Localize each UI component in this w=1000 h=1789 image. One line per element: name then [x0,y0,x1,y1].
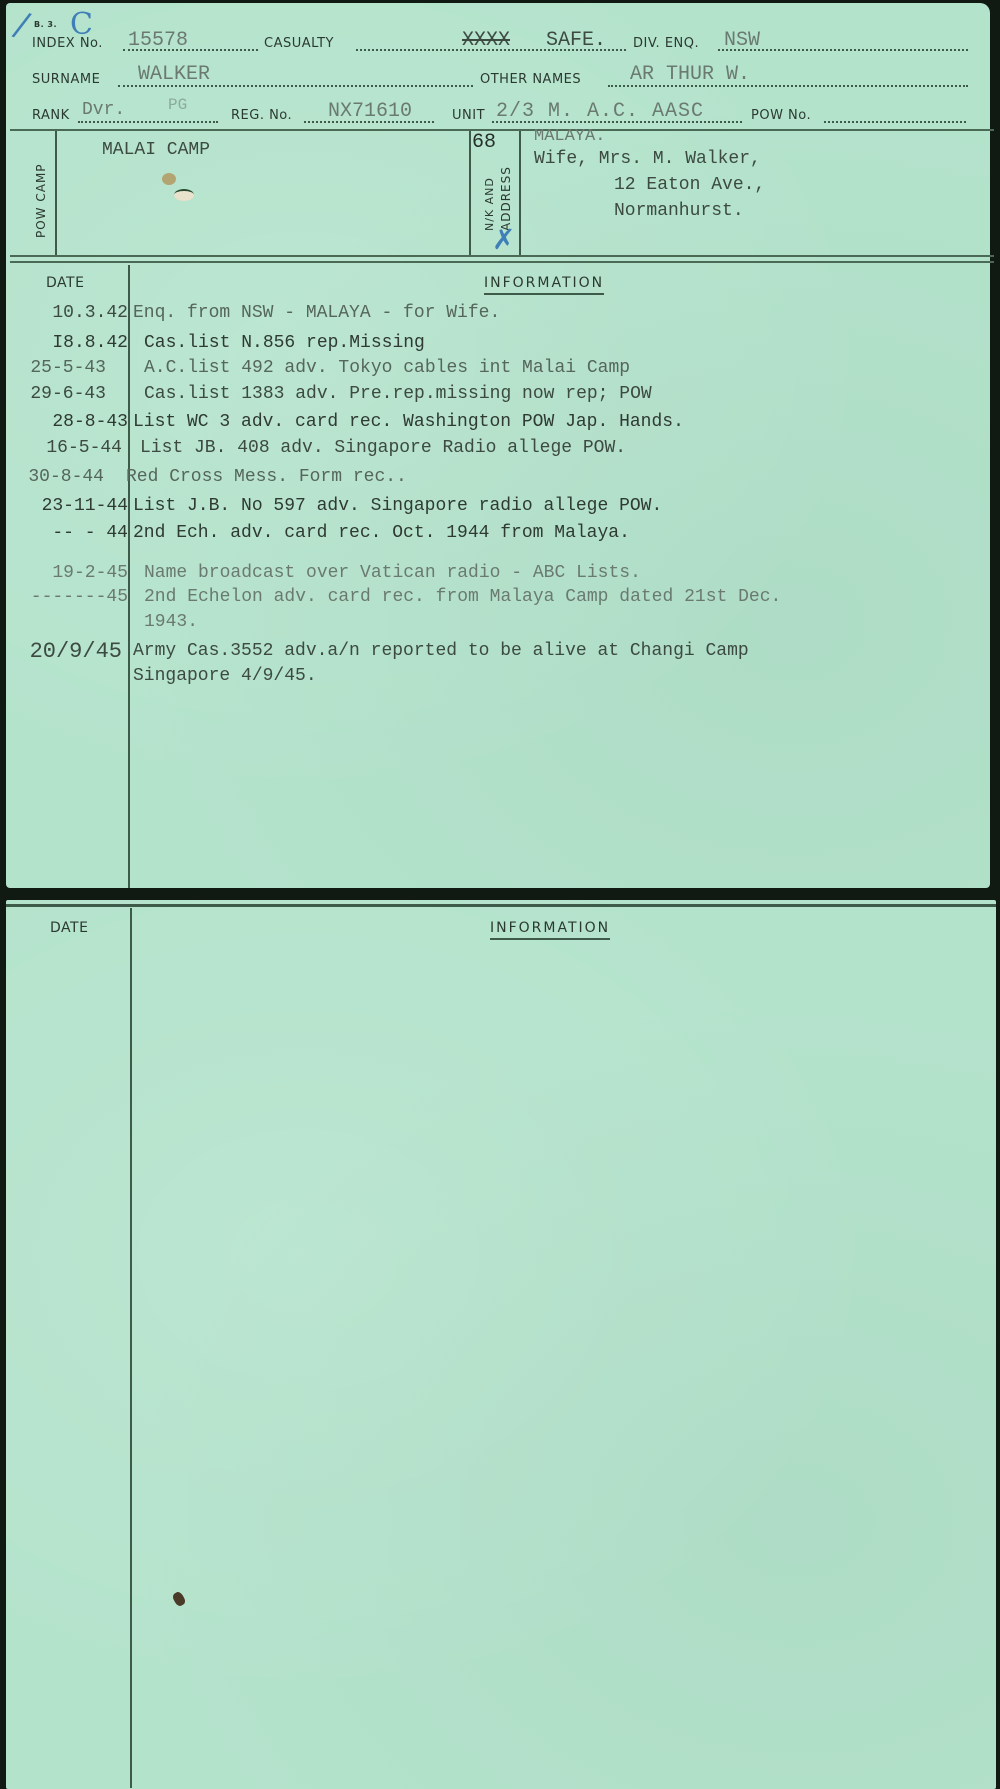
row-date: 25-5-43 [6,358,106,378]
back-date-header: DATE [50,920,88,936]
rank-label: RANK [32,108,70,123]
row-date: -------45 [6,587,128,607]
row-info: Cas.list N.856 rep.Missing [144,333,425,353]
row-info: List J.B. No 597 adv. Singapore radio al… [133,496,662,516]
pow-camp-label: POW CAMP [34,163,48,238]
row-date: 29-6-43 [6,384,106,404]
form-code: B. 3. [34,20,57,29]
blue-check-mark: ✗ [492,223,515,256]
section-divider-bottom [10,261,994,263]
reg-no-value: NX71610 [328,100,412,123]
back-top-rule [6,904,996,907]
row-date: 10.3.42 [6,303,128,323]
surname-value: WALKER [138,63,210,86]
record-card-front: / C B. 3. INDEX No. 15578 CASUALTY XXXX … [6,3,990,888]
row-date: 20/9/45 [6,639,122,664]
nk-country: MALAYA. [534,127,605,146]
nk-address-line-2: 12 Eaton Ave., [614,175,765,195]
row-info: 1943. [144,612,198,632]
paper-stain [174,189,194,201]
paper-stain [162,173,176,185]
unit-label: UNIT [452,108,485,123]
row-date: 19-2-45 [6,563,128,583]
div-enq-value: NSW [724,29,760,52]
row-info: List WC 3 adv. card rec. Washington POW … [133,412,684,432]
row-date: -- - 44 [6,523,128,543]
other-names-label: OTHER NAMES [480,72,581,87]
record-card-back: DATE INFORMATION [6,900,996,1789]
index-label: INDEX No. [32,36,103,51]
index-value: 15578 [128,29,188,52]
date-header: DATE [46,275,84,291]
row-info: Red Cross Mess. Form rec.. [126,467,407,487]
casualty-label: CASUALTY [264,36,334,51]
row-date: 28-8-43 [6,412,128,432]
casualty-struck: XXXX [462,29,510,52]
rank-extra-stamp: PG [168,96,187,114]
pow-camp-value: MALAI CAMP [102,140,210,160]
row-date: I8.8.42 [6,333,128,353]
pow-no-label: POW No. [751,108,811,123]
nk-address-line-1: Wife, Mrs. M. Walker, [534,149,761,169]
unit-value: 2/3 M. A.C. AASC [496,100,704,123]
surname-label: SURNAME [32,72,100,87]
row-date: 23-11-44 [6,496,128,516]
other-names-value: AR THUR W. [630,63,750,86]
paper-speck [171,1590,187,1607]
row-info: Enq. from NSW - MALAYA - for Wife. [133,303,500,323]
section-divider-top [10,255,994,257]
date-column-divider [128,265,130,888]
rank-value: Dvr. [82,100,125,120]
row-info: Cas.list 1383 adv. Pre.rep.missing now r… [144,384,652,404]
row-info: Name broadcast over Vatican radio - ABC … [144,563,641,583]
information-header: INFORMATION [484,275,604,295]
pow-no-dotted-line [824,121,966,123]
row-info: 2nd Ech. adv. card rec. Oct. 1944 from M… [133,523,630,543]
handwritten-slash-mark: / [10,4,34,46]
header-divider [10,129,994,131]
row-info: List JB. 408 adv. Singapore Radio allege… [140,438,626,458]
pow-camp-divider [55,131,57,255]
back-date-column-divider [130,908,132,1788]
nk-right-divider [519,131,521,255]
rank-dotted-line [78,121,218,123]
nk-address-line-3: Normanhurst. [614,201,744,221]
div-enq-label: DIV. ENQ. [633,36,699,51]
row-date: 16-5-44 [6,438,122,458]
back-information-header: INFORMATION [490,920,610,940]
row-date: 30-8-44 [6,467,104,487]
row-info: Singapore 4/9/45. [133,666,317,686]
nk-left-divider [469,131,471,255]
nk-number: 68 [472,131,496,154]
casualty-value: SAFE. [546,29,606,52]
row-info: 2nd Echelon adv. card rec. from Malaya C… [144,587,781,607]
row-info: Army Cas.3552 adv.a/n reported to be ali… [133,641,749,661]
reg-no-label: REG. No. [231,108,292,123]
row-info: A.C.list 492 adv. Tokyo cables int Malai… [144,358,630,378]
nk-label-line2: ADDRESS [499,166,513,231]
